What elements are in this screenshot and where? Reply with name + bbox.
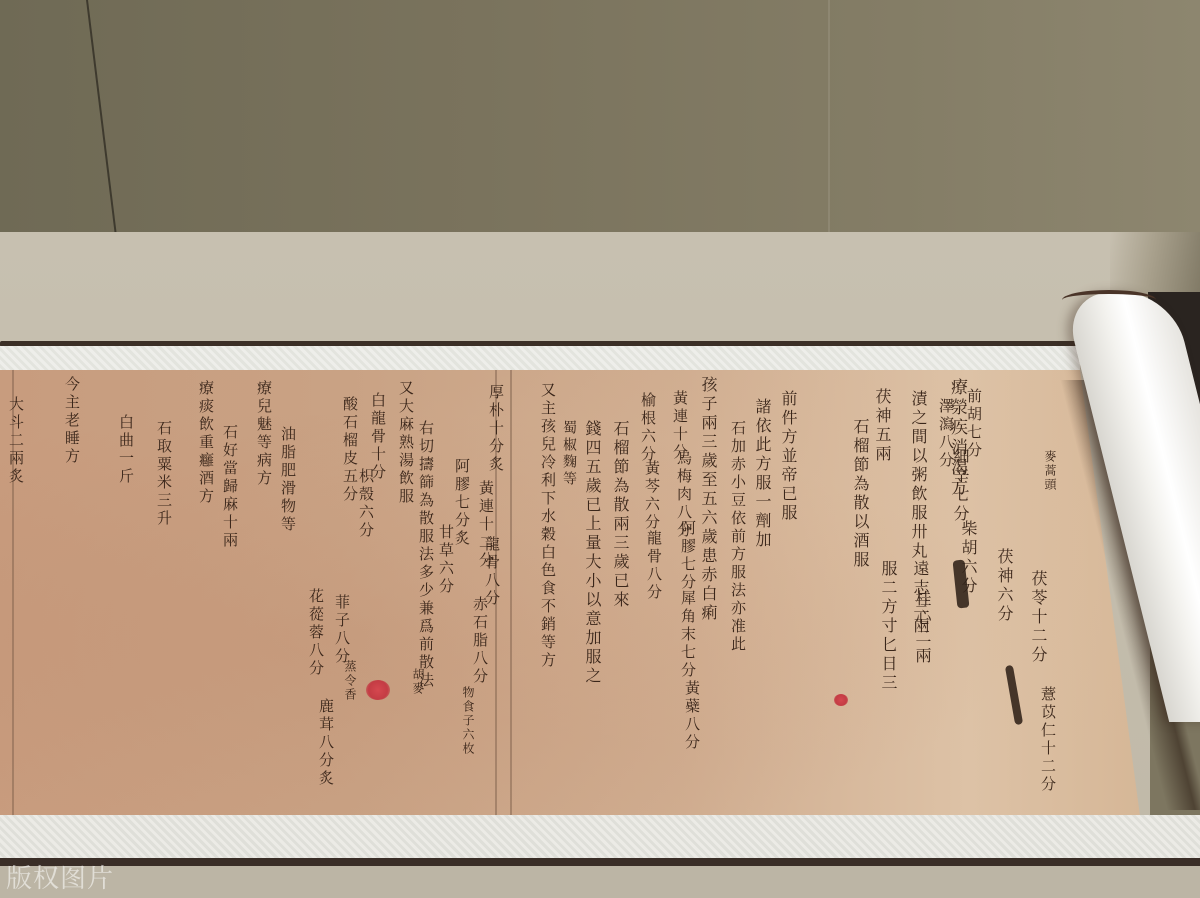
manuscript-column: 右切擣篩為散服法多少兼爲前散法 [418,420,433,690]
manuscript-column: 赤石脂八分 [472,596,487,686]
red-seal-mark [366,680,390,700]
manuscript-column: 服二方寸匕日三 [880,560,896,693]
brocade-border-bottom [0,815,1200,859]
manuscript-column: 桂心二兩 [914,590,930,666]
manuscript-column: 阿膠七分炙 [454,458,469,548]
manuscript-column: 諸依此方服一劑加 [754,398,770,550]
manuscript-column: 茯神五兩 [874,388,890,464]
scroll-mount-edge-bottom [0,858,1200,866]
manuscript-column: 油脂肥滑物等 [280,426,295,534]
manuscript-column: 又主孩兒冷利下水穀白色食不銷等方 [540,382,555,670]
manuscript-annotation: 麥蒿頭 [1044,450,1056,492]
manuscript-column: 石榴節為散兩三歲已來 [612,420,628,610]
manuscript-column: 石好當歸麻十兩 [222,424,237,550]
manuscript-column: 大斗二兩炙 [8,396,23,486]
watermark: 版权图片 [6,858,114,895]
manuscript-column: 石榴節為散以酒服 [852,418,868,570]
manuscript-column: 厚朴十分炙 [488,384,503,474]
manuscript-column: 犀角末七分 [680,590,695,680]
manuscript-column: 阿膠七分 [680,520,695,592]
manuscript-column: 前件方並帝已服 [780,390,796,523]
manuscript-column: 又大麻熟湯飲服 [398,380,413,506]
manuscript-column: 甘草六分 [438,524,453,596]
manuscript-column: 療痰飲重癰酒方 [198,380,213,506]
manuscript-column: 錢四五歲已上量大小以意加服之 [584,420,600,686]
manuscript-column: 白曲一斤 [118,414,133,486]
brocade-border-top [0,346,1080,372]
manuscript-column: 石加赤小豆依前方服法亦准此 [730,420,745,654]
manuscript-column: 鹿茸八分炙 [318,698,333,788]
manuscript-annotation: 物食子六枚 [462,686,474,756]
manuscript-column: 酸石榴皮五分 [342,396,357,504]
manuscript-column: 漬之間以粥飲服卅丸 [910,390,926,561]
sheet-joint [510,370,512,816]
manuscript-column: 龍骨八分 [646,530,661,602]
manuscript-column: 今主老睡方 [64,376,79,466]
red-seal-mark [834,694,848,706]
manuscript-column: 孩子兩三歲至五六歲患赤白痢 [700,376,716,623]
museum-wall [0,0,1200,240]
manuscript-column: 茯神六分 [996,548,1012,624]
manuscript-column: 黃蘗八分 [684,680,699,752]
manuscript-column: 枳殼六分 [358,468,373,540]
manuscript-column: 蜀椒麴等 [562,420,576,488]
manuscript-annotation: 胡麥 [412,668,424,696]
manuscript-annotation: 蒸令香 [344,660,356,702]
manuscript-column: 花蓯蓉八分 [308,588,323,678]
manuscript-column: 細辛七分 [952,448,968,524]
display-table-lower [0,866,1200,898]
scroll-roll-rim [1062,290,1156,310]
manuscript-column: 菲子八分 [334,594,349,666]
manuscript-column: 黃芩六分 [644,460,659,532]
manuscript-column: 療兒魅等病方 [256,380,271,488]
manuscript-column: 茯苓十二分 [1030,570,1046,665]
manuscript-column: 榆根六分 [640,392,655,464]
manuscript-column: 薏苡仁十二分 [1040,686,1055,794]
wall-seam-light [828,0,830,232]
manuscript-column: 石取粟米三升 [156,420,171,528]
